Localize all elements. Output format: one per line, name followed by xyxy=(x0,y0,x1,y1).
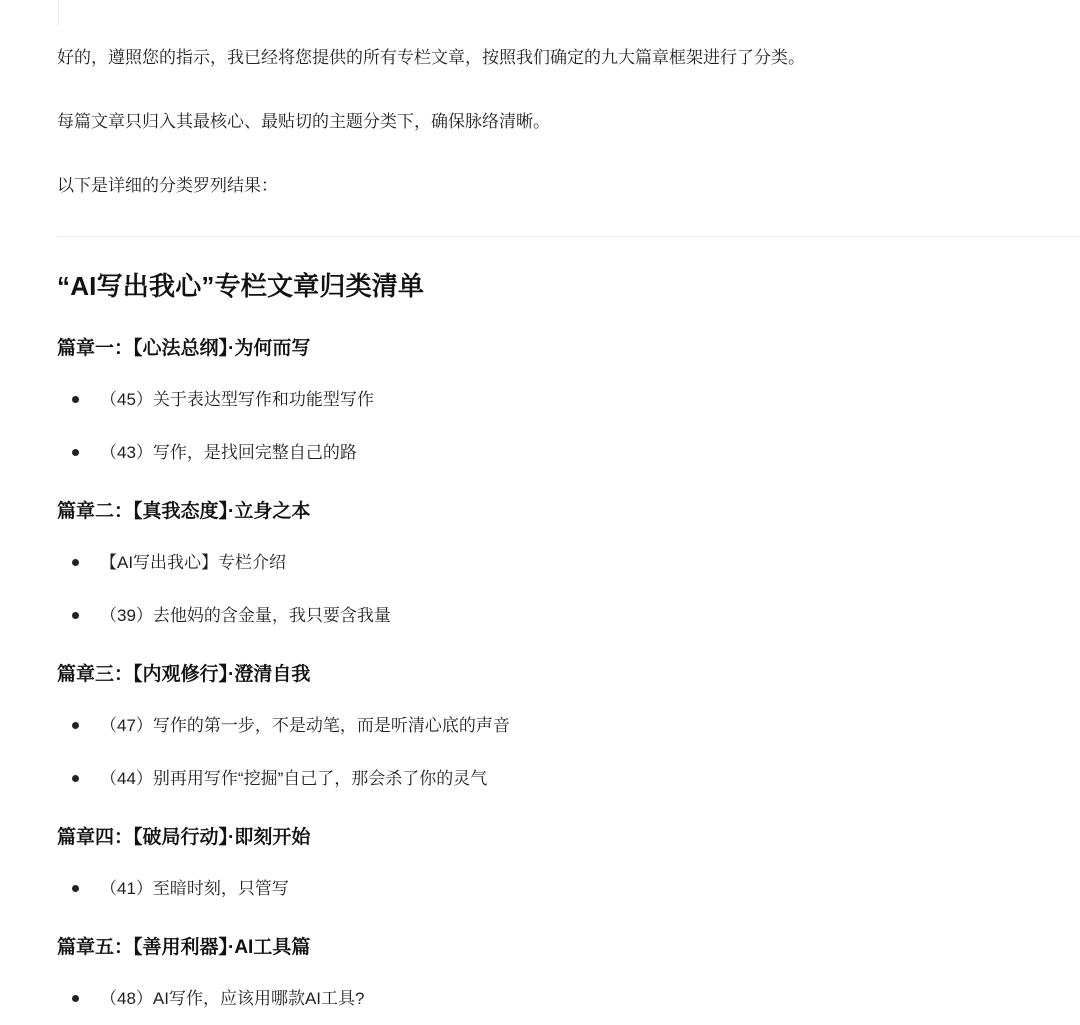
list-item: （45）关于表达型写作和功能型写作 xyxy=(100,386,1080,414)
bullet-icon xyxy=(72,995,79,1002)
article-list: （48）AI写作，应该用哪款AI工具? xyxy=(57,985,1080,1013)
list-item: 【AI写出我心】专栏介绍 xyxy=(100,549,1080,577)
list-item: （47）写作的第一步，不是动笔，而是听清心底的声音 xyxy=(100,712,1080,740)
article-title: 【AI写出我心】专栏介绍 xyxy=(100,553,286,572)
list-item: （48）AI写作，应该用哪款AI工具? xyxy=(100,985,1080,1013)
bullet-icon xyxy=(72,559,79,566)
intro-paragraph: 好的，遵照您的指示，我已经将您提供的所有专栏文章，按照我们确定的九大篇章框架进行… xyxy=(57,44,1080,72)
bullet-icon xyxy=(72,775,79,782)
chapter-section-3: 篇章三：【内观修行】·澄清自我 （47）写作的第一步，不是动笔，而是听清心底的声… xyxy=(57,662,1080,793)
chapter-section-4: 篇章四：【破局行动】·即刻开始 （41）至暗时刻，只管写 xyxy=(57,825,1080,903)
intro-paragraph: 以下是详细的分类罗列结果： xyxy=(57,172,1080,200)
chapter-section-5: 篇章五：【善用利器】·AI工具篇 （48）AI写作，应该用哪款AI工具? xyxy=(57,935,1080,1013)
chapter-heading: 篇章二：【真我态度】·立身之本 xyxy=(57,499,1080,525)
bullet-icon xyxy=(72,396,79,403)
chapter-heading: 篇章三：【内观修行】·澄清自我 xyxy=(57,662,1080,688)
bullet-icon xyxy=(72,612,79,619)
bullet-icon xyxy=(72,885,79,892)
chapter-heading: 篇章五：【善用利器】·AI工具篇 xyxy=(57,935,1080,961)
chapter-heading: 篇章一：【心法总纲】·为何而写 xyxy=(57,336,1080,362)
intro-paragraph: 每篇文章只归入其最核心、最贴切的主题分类下，确保脉络清晰。 xyxy=(57,108,1080,136)
bullet-icon xyxy=(72,449,79,456)
article-title: （44）别再用写作“挖掘”自己了，那会杀了你的灵气 xyxy=(100,769,487,788)
chapter-heading: 篇章四：【破局行动】·即刻开始 xyxy=(57,825,1080,851)
chapter-section-1: 篇章一：【心法总纲】·为何而写 （45）关于表达型写作和功能型写作 （43）写作… xyxy=(57,336,1080,467)
article-title: （43）写作，是找回完整自己的路 xyxy=(100,443,357,462)
list-item: （41）至暗时刻，只管写 xyxy=(100,875,1080,903)
list-item: （39）去他妈的含金量，我只要含我量 xyxy=(100,602,1080,630)
article-title: （39）去他妈的含金量，我只要含我量 xyxy=(100,606,391,625)
article-list: （41）至暗时刻，只管写 xyxy=(57,875,1080,903)
list-item: （43）写作，是找回完整自己的路 xyxy=(100,439,1080,467)
article-title: （45）关于表达型写作和功能型写作 xyxy=(100,390,374,409)
assistant-response: 好的，遵照您的指示，我已经将您提供的所有专栏文章，按照我们确定的九大篇章框架进行… xyxy=(0,0,1080,1013)
clipped-block-border-line xyxy=(58,0,59,26)
bullet-icon xyxy=(72,722,79,729)
list-title: “AI写出我心”专栏文章归类清单 xyxy=(57,268,1080,304)
section-divider xyxy=(57,236,1080,237)
chapter-section-2: 篇章二：【真我态度】·立身之本 【AI写出我心】专栏介绍 （39）去他妈的含金量… xyxy=(57,499,1080,630)
article-list: 【AI写出我心】专栏介绍 （39）去他妈的含金量，我只要含我量 xyxy=(57,549,1080,630)
article-title: （48）AI写作，应该用哪款AI工具? xyxy=(100,989,365,1008)
article-title: （41）至暗时刻，只管写 xyxy=(100,879,289,898)
article-list: （47）写作的第一步，不是动笔，而是听清心底的声音 （44）别再用写作“挖掘”自… xyxy=(57,712,1080,793)
article-list: （45）关于表达型写作和功能型写作 （43）写作，是找回完整自己的路 xyxy=(57,386,1080,467)
list-item: （44）别再用写作“挖掘”自己了，那会杀了你的灵气 xyxy=(100,765,1080,793)
article-title: （47）写作的第一步，不是动笔，而是听清心底的声音 xyxy=(100,716,510,735)
